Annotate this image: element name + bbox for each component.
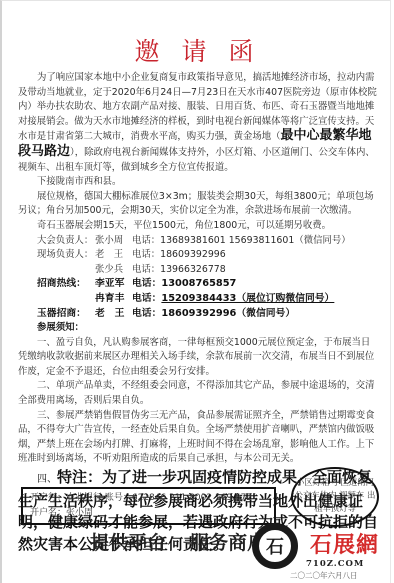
notice-item: 三、参展严禁销售假冒伪劣三无产品，食品参展需证照齐全，严禁销售过期霉变食品，不得… <box>18 409 378 467</box>
watermark-url: 710Z.COM <box>306 559 364 569</box>
hotline-row: 玉器招商：老 王电话：18609392996（微信同号） <box>18 307 378 322</box>
account-holder: 开户名：张小周 <box>30 506 267 521</box>
jade-exhibit: 奇石玉器展会期15天，平位1500元，角位1800元，可以延期另收费。 <box>18 219 378 234</box>
contact-row: 张少兵电话：13966326778 <box>18 263 378 278</box>
ad-channels-bubble: 小区灯箱 小区道闸门 公交车体内 视频车 出租车顶灯等 <box>291 467 379 527</box>
issue-date: 二〇二〇年六月八日 <box>290 570 358 581</box>
watermark-logo: 石展網 <box>310 528 379 559</box>
footer-platform: 提供平台 <box>90 528 166 555</box>
notice-item: 一、盈亏自负，凡认购参展客商，一律每框预交1000元展位预定金，于布展当日凭缴纳… <box>18 336 378 380</box>
bank-info-box: 开户行：农业银行 账号：622846 211 8002 169 672 开户名：… <box>21 487 276 525</box>
notice-item: 二、单项产品单卖，不经组委会同意，不得添加其它产品，参展中途退场的，交清全部费用… <box>18 379 378 408</box>
bank-account: 开户行：农业银行 账号：622846 211 8002 169 672 <box>30 491 267 506</box>
wechat-phone-link: 15209384433（展位订购微信同号） <box>161 292 334 307</box>
notice-heading: 参展须知： <box>18 321 378 336</box>
contact-row: 现场负责人：老 王电话：18609392996 <box>18 248 378 263</box>
location-note: 下接陇南市西和县。 <box>18 175 378 190</box>
booth-spec: 展位规格，德国大棚标准展位3×3m；服装类会期30天，每组3800元；单项包场另… <box>18 190 378 219</box>
intro-paragraph: 为了响应国家本地中小企业复商复市政策指导意见，搞活地摊经济市场，拉动内需及带动当… <box>18 71 378 175</box>
stone-logo-icon: 石 <box>252 523 298 569</box>
hotline-row: 招商热线：李亚军电话：13008765857 <box>18 277 378 292</box>
hotline-row: 冉育丰电话：15209384433（展位订购微信同号） <box>18 292 378 307</box>
page-title: 邀请函 <box>0 32 394 68</box>
contact-row: 大会负责人：张小周电话：13689381601 15693811601（微信同号… <box>18 234 378 249</box>
